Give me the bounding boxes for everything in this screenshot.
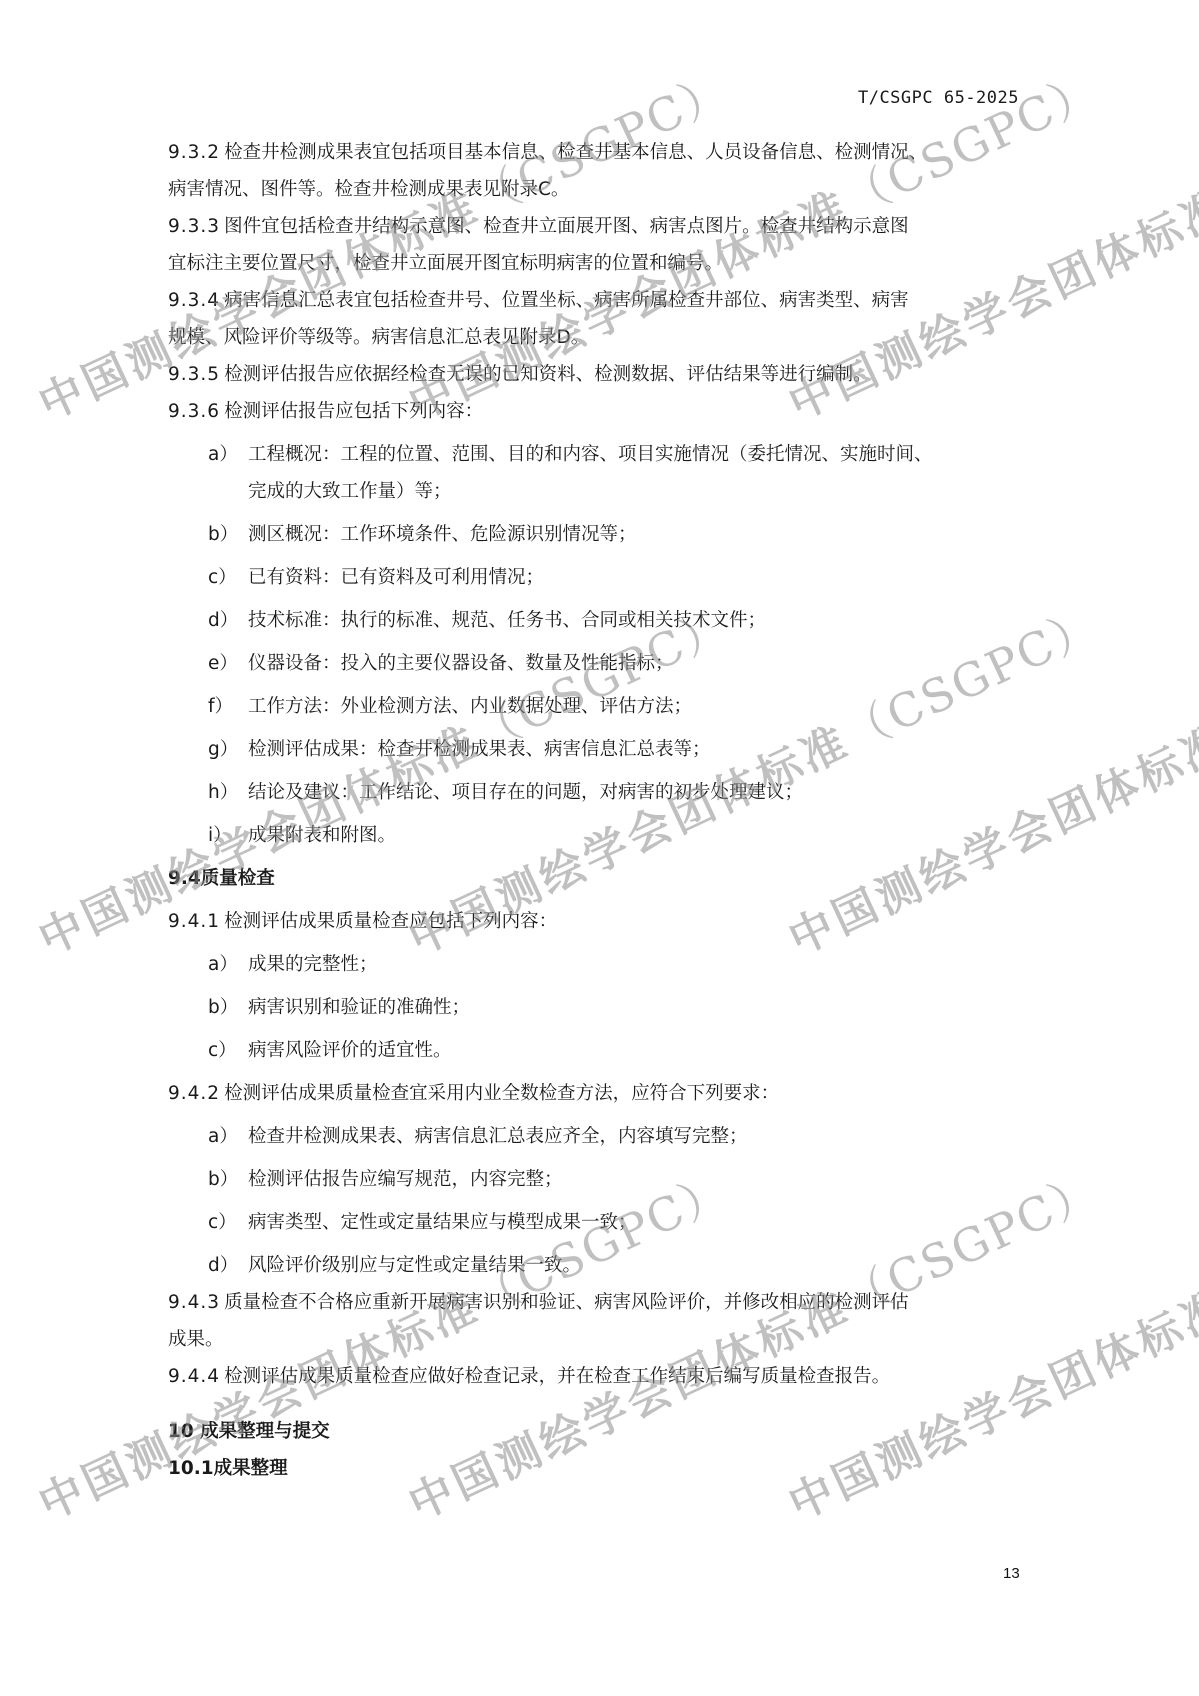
list-item: b）测区概况：工作环境条件、危险源识别情况等； xyxy=(168,516,1018,553)
clause-9-4-3: 9.4.3质量检查不合格应重新开展病害识别和验证、病害风险评价，并修改相应的检测… xyxy=(168,1284,1018,1321)
document-code: T/CSGPC 65-2025 xyxy=(858,88,1019,108)
chapter-heading-10: 10 成果整理与提交 xyxy=(168,1413,1018,1450)
clause-9-3-2-cont: 病害情况、图件等。检查井检测成果表见附录C。 xyxy=(168,171,1018,208)
list-item: f）工作方法：外业检测方法、内业数据处理、评估方法； xyxy=(168,688,1018,725)
list-item-cont: 完成的大致工作量）等； xyxy=(168,473,1018,510)
clause-9-3-4-cont: 规模、风险评价等级等。病害信息汇总表见附录D。 xyxy=(168,319,1018,356)
document-body: 9.3.2检查井检测成果表宜包括项目基本信息、检查井基本信息、人员设备信息、检测… xyxy=(168,134,1018,1487)
clause-9-4-3-cont: 成果。 xyxy=(168,1321,1018,1358)
list-item: g）检测评估成果：检查井检测成果表、病害信息汇总表等； xyxy=(168,731,1018,768)
clause-9-3-2: 9.3.2检查井检测成果表宜包括项目基本信息、检查井基本信息、人员设备信息、检测… xyxy=(168,134,1018,171)
section-heading-9-4: 9.4质量检查 xyxy=(168,860,1018,897)
clause-9-4-1: 9.4.1检测评估成果质量检查应包括下列内容： xyxy=(168,903,1018,940)
clause-9-4-4: 9.4.4检测评估成果质量检查应做好检查记录，并在检查工作结束后编写质量检查报告… xyxy=(168,1358,1018,1395)
list-item: c）病害类型、定性或定量结果应与模型成果一致； xyxy=(168,1204,1018,1241)
clause-9-3-5: 9.3.5检测评估报告应依据经检查无误的已知资料、检测数据、评估结果等进行编制。 xyxy=(168,356,1018,393)
clause-9-3-4: 9.3.4病害信息汇总表宜包括检查井号、位置坐标、病害所属检查井部位、病害类型、… xyxy=(168,282,1018,319)
list-item: c）已有资料：已有资料及可利用情况； xyxy=(168,559,1018,596)
list-item: i）成果附表和附图。 xyxy=(168,817,1018,854)
clause-9-3-3: 9.3.3图件宜包括检查井结构示意图、检查井立面展开图、病害点图片。检查井结构示… xyxy=(168,208,1018,245)
list-item: b）病害识别和验证的准确性； xyxy=(168,989,1018,1026)
list-item: c）病害风险评价的适宜性。 xyxy=(168,1032,1018,1069)
list-item: a）检查井检测成果表、病害信息汇总表应齐全，内容填写完整； xyxy=(168,1118,1018,1155)
page-number: 13 xyxy=(1003,1565,1020,1582)
document-page: T/CSGPC 65-2025 9.3.2检查井检测成果表宜包括项目基本信息、检… xyxy=(0,0,1199,1696)
list-item: a）成果的完整性； xyxy=(168,946,1018,983)
list-item: d）风险评价级别应与定性或定量结果一致。 xyxy=(168,1247,1018,1284)
list-item: a）工程概况：工程的位置、范围、目的和内容、项目实施情况（委托情况、实施时间、 xyxy=(168,436,1018,473)
clause-9-3-6: 9.3.6检测评估报告应包括下列内容： xyxy=(168,393,1018,430)
section-heading-10-1: 10.1成果整理 xyxy=(168,1450,1018,1487)
list-item: e）仪器设备：投入的主要仪器设备、数量及性能指标； xyxy=(168,645,1018,682)
clause-9-3-3-cont: 宜标注主要位置尺寸，检查井立面展开图宜标明病害的位置和编号。 xyxy=(168,245,1018,282)
list-item: b）检测评估报告应编写规范，内容完整； xyxy=(168,1161,1018,1198)
clause-9-4-2: 9.4.2检测评估成果质量检查宜采用内业全数检查方法，应符合下列要求： xyxy=(168,1075,1018,1112)
list-item: d）技术标准：执行的标准、规范、任务书、合同或相关技术文件； xyxy=(168,602,1018,639)
list-item: h）结论及建议：工作结论、项目存在的问题，对病害的初步处理建议； xyxy=(168,774,1018,811)
